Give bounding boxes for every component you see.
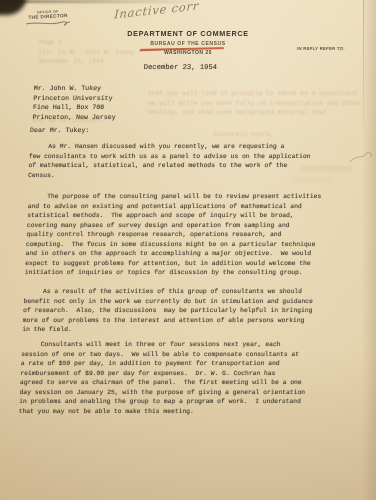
- body-paragraph-3: As a result of the activities of this gr…: [22, 287, 344, 335]
- salutation: Dear Mr. Tukey:: [30, 126, 90, 136]
- body-paragraph-2: The purpose of the consulting panel will…: [25, 192, 349, 278]
- recipient-address: Mr. John W. Tukey Princeton University F…: [32, 84, 117, 123]
- body-paragraph-4: Consultants will meet in three or four s…: [19, 340, 342, 416]
- letter-scan: Page 2 Ltr. to Mr. John W. Tukey Decembe…: [0, 0, 376, 500]
- body-paragraph-1: As Mr. Hansen discussed with you recentl…: [28, 142, 350, 180]
- date-line: December 23, 1954: [143, 64, 217, 74]
- pencil-scribble-icon: [348, 150, 374, 166]
- typed-letter-body: December 23, 1954 Mr. John W. Tukey Prin…: [0, 0, 376, 500]
